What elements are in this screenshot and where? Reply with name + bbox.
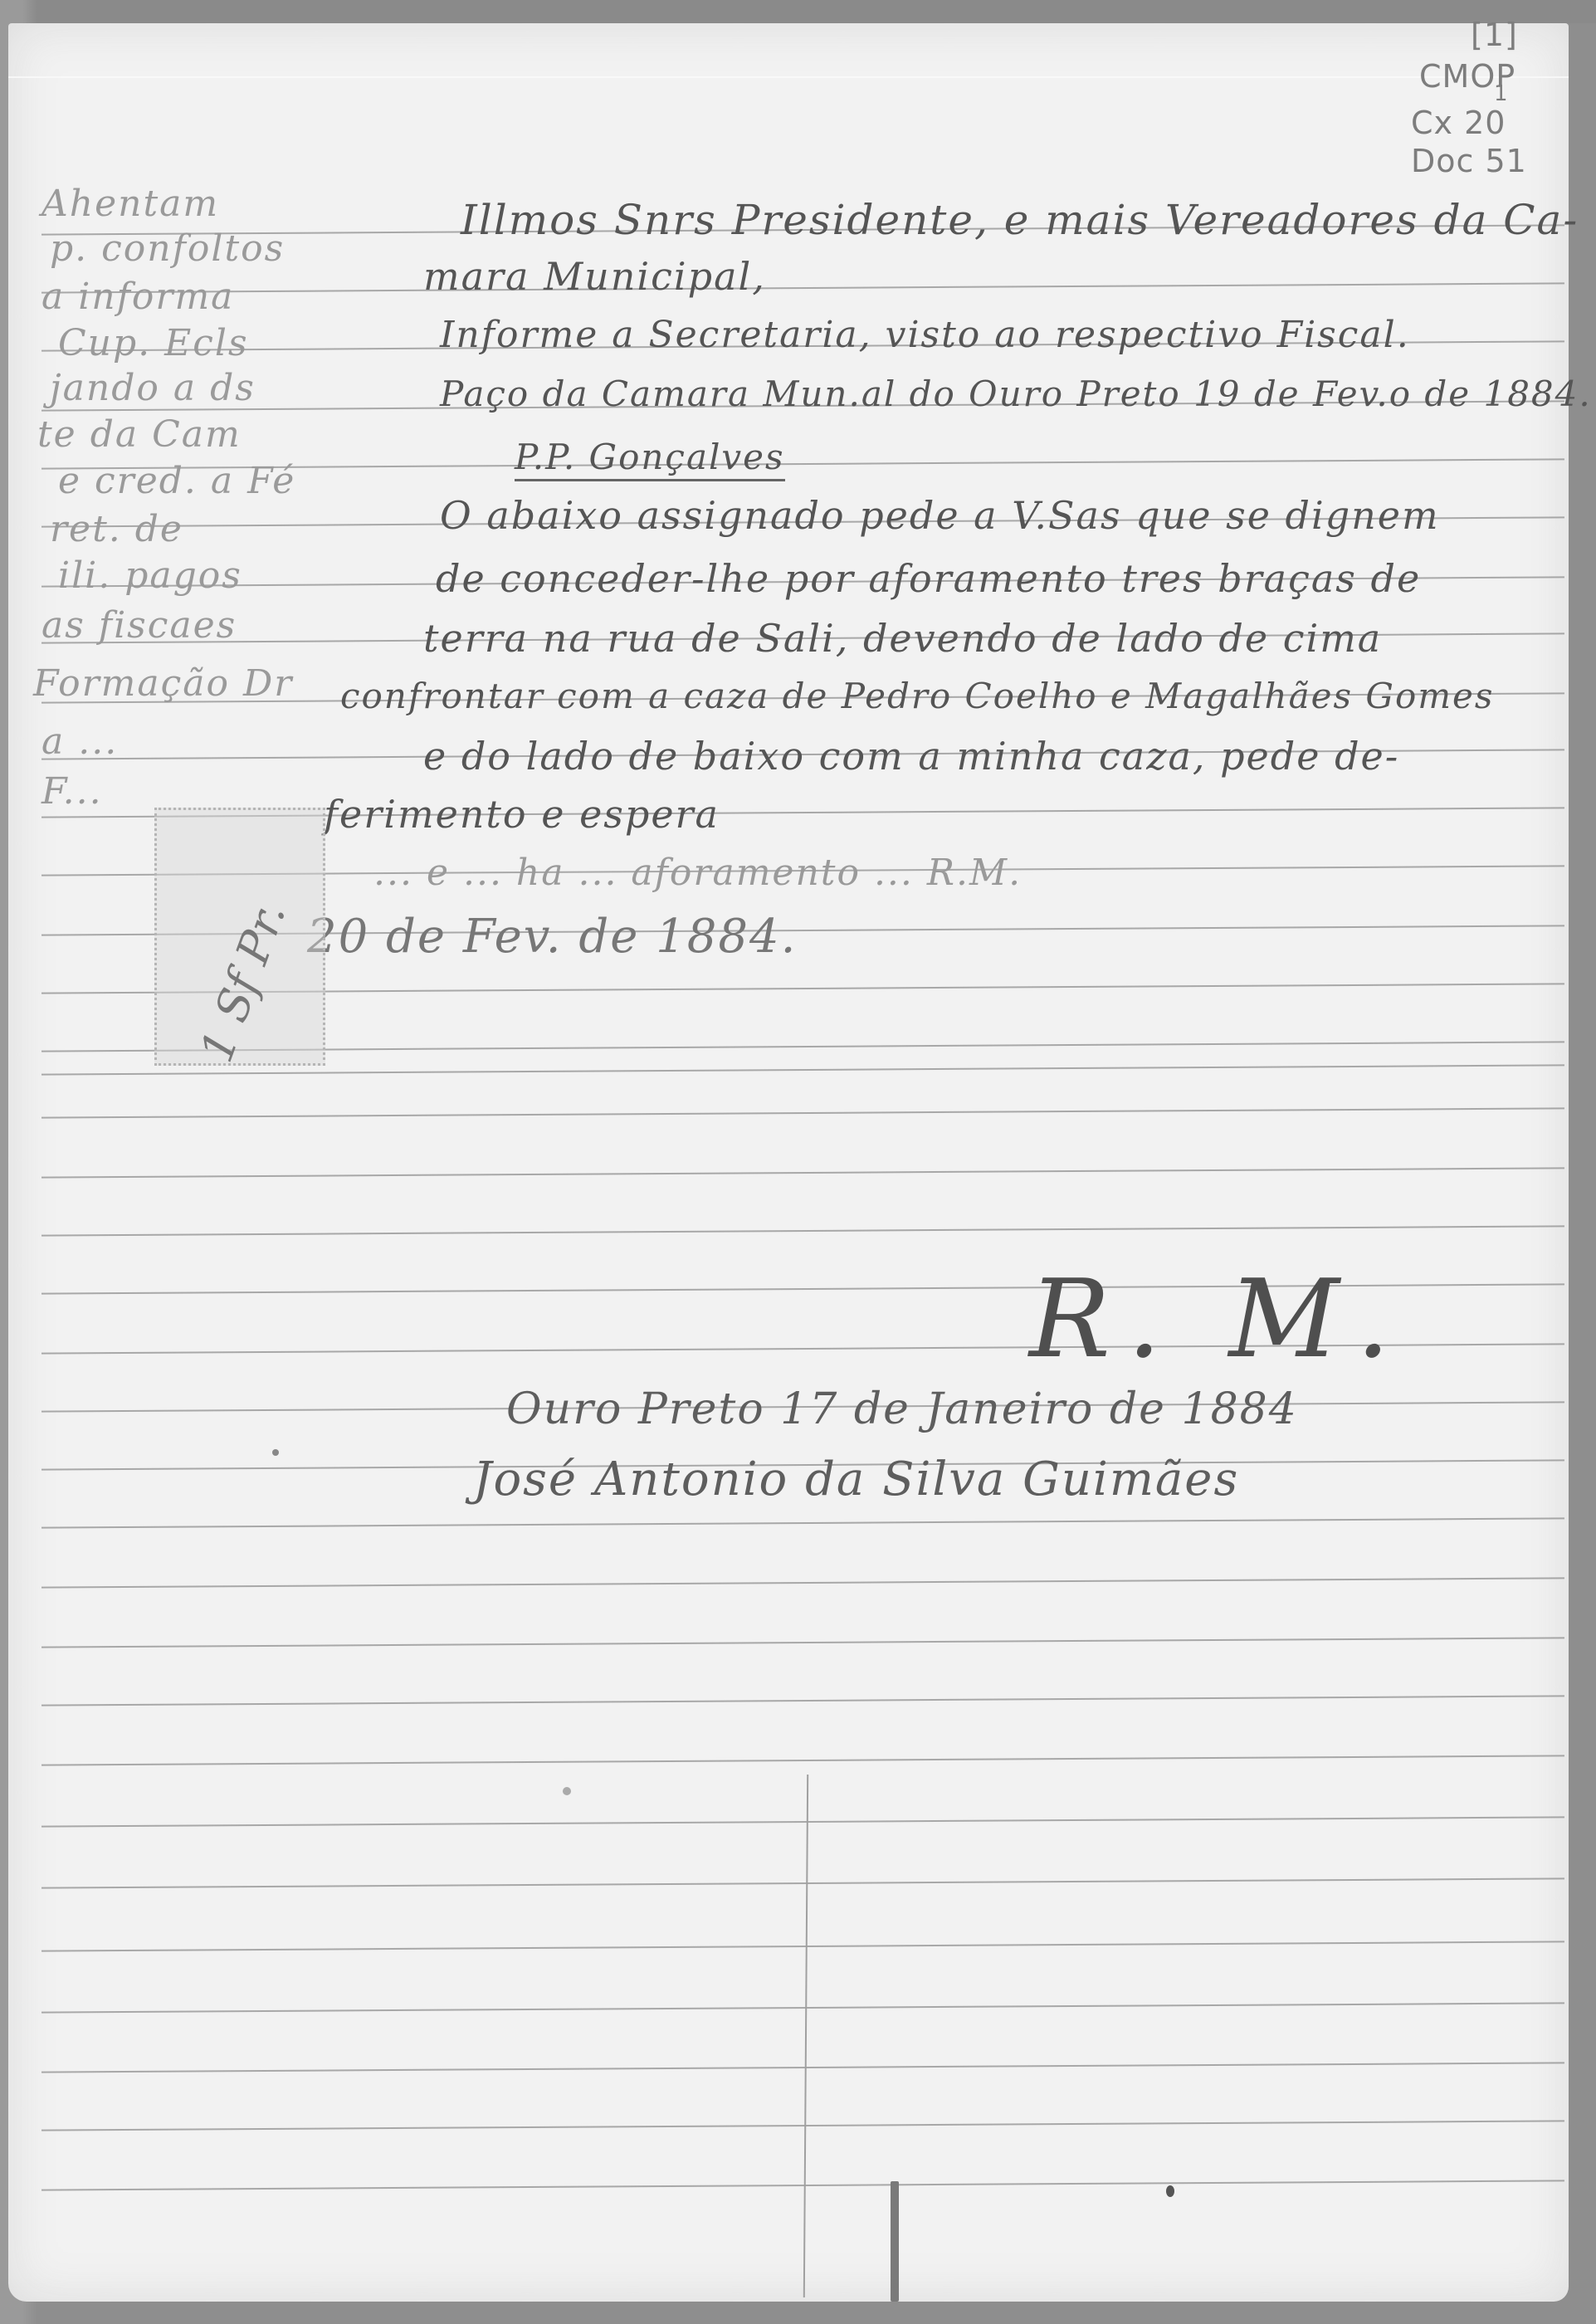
ruled-line [41, 1225, 1564, 1236]
ruled-line [41, 1167, 1564, 1178]
margin-note-line: p. confoltos [50, 227, 285, 270]
manuscript-page: [1] CMOP 1 Cx 20 Doc 51 Ahentam p. confo… [8, 23, 1569, 2302]
margin-note-line: a informa [41, 276, 234, 318]
margin-note-line: e cred. a Fé [58, 460, 295, 502]
petition-line-6: ferimento e espera [324, 792, 720, 837]
ruled-line [41, 1577, 1564, 1588]
ruled-line [41, 2120, 1564, 2131]
petition-line-2: de conceder-lhe por aforamento tres braç… [436, 556, 1421, 601]
ink-speck [563, 1787, 571, 1795]
margin-note-line: te da Cam [37, 413, 242, 456]
margin-note-line: F... [41, 770, 103, 813]
margin-note-line: Cup. Ecls [58, 322, 249, 364]
ruled-line [41, 2180, 1564, 2190]
revenue-stamp: 1 Sf Pr. [154, 808, 325, 1066]
ink-speck [1166, 2185, 1174, 2197]
petition-faint-line: ... e ... ha ... aforamento ... R.M. [373, 852, 1022, 894]
salutation-line-2: mara Municipal, [423, 254, 766, 299]
ruled-line [41, 1755, 1564, 1765]
archive-doc: Doc 51 [1411, 143, 1527, 179]
ruled-line [41, 1517, 1564, 1528]
archive-bracket-number: [1] [1471, 17, 1518, 53]
ruled-line [41, 1637, 1564, 1648]
dispatch-line-2: Paço da Camara Mun.al do Ouro Preto 19 d… [440, 373, 1592, 414]
archive-fund-sub: 1 [1494, 81, 1509, 106]
ruled-line [41, 1941, 1564, 1951]
margin-note-line: Ahentam [41, 183, 219, 225]
closing-place-date: Ouro Preto 17 de Janeiro de 1884 [506, 1384, 1298, 1434]
margin-note-line: ret. de [50, 508, 183, 550]
ruled-line [41, 1877, 1564, 1888]
archive-box: Cx 20 [1411, 105, 1506, 141]
ruled-line [41, 282, 1564, 293]
petition-line-3: terra na rua de Sali, devendo de lado de… [423, 616, 1382, 661]
margin-note-line: jando a ds [50, 367, 256, 409]
closing-abbreviation: R. M. [1029, 1256, 1407, 1382]
margin-note-line: a ... [41, 720, 118, 763]
petition-line-1: O abaixo assignado pede a V.Sas que se d… [440, 493, 1440, 538]
ruled-line [41, 2002, 1564, 2013]
closing-signature: José Antonio da Silva Guimães [473, 1452, 1239, 1506]
fold-line [8, 76, 1569, 78]
ruled-line [41, 1107, 1564, 1118]
margin-note-line: Formação Dr [33, 662, 293, 705]
margin-note-line: ili. pagos [58, 554, 242, 597]
petition-line-5: e do lado de baixo com a minha caza, ped… [423, 734, 1399, 779]
dispatch-signature: P.P. Gonçalves [515, 437, 785, 481]
vertical-crease [803, 1775, 808, 2297]
margin-note-line: as fiscaes [41, 604, 237, 647]
stamp-cancellation-mark: 1 Sf Pr. [190, 896, 295, 1069]
ruled-line [41, 1064, 1564, 1075]
petition-date-note: 20 de Fev. de 1884. [307, 910, 797, 964]
ink-speck [272, 1449, 279, 1456]
scan-background-top [0, 0, 1596, 23]
dispatch-line-1: Informe a Secretaria, visto ao respectiv… [440, 314, 1410, 356]
ruled-line [41, 1695, 1564, 1706]
salutation-line-1: Illmos Snrs Presidente, e mais Vereadore… [461, 196, 1579, 244]
ruled-line [41, 1816, 1564, 1827]
paper-tear [891, 2181, 899, 2302]
petition-line-4: confrontar com a caza de Pedro Coelho e … [340, 676, 1494, 716]
ruled-line [41, 2062, 1564, 2073]
